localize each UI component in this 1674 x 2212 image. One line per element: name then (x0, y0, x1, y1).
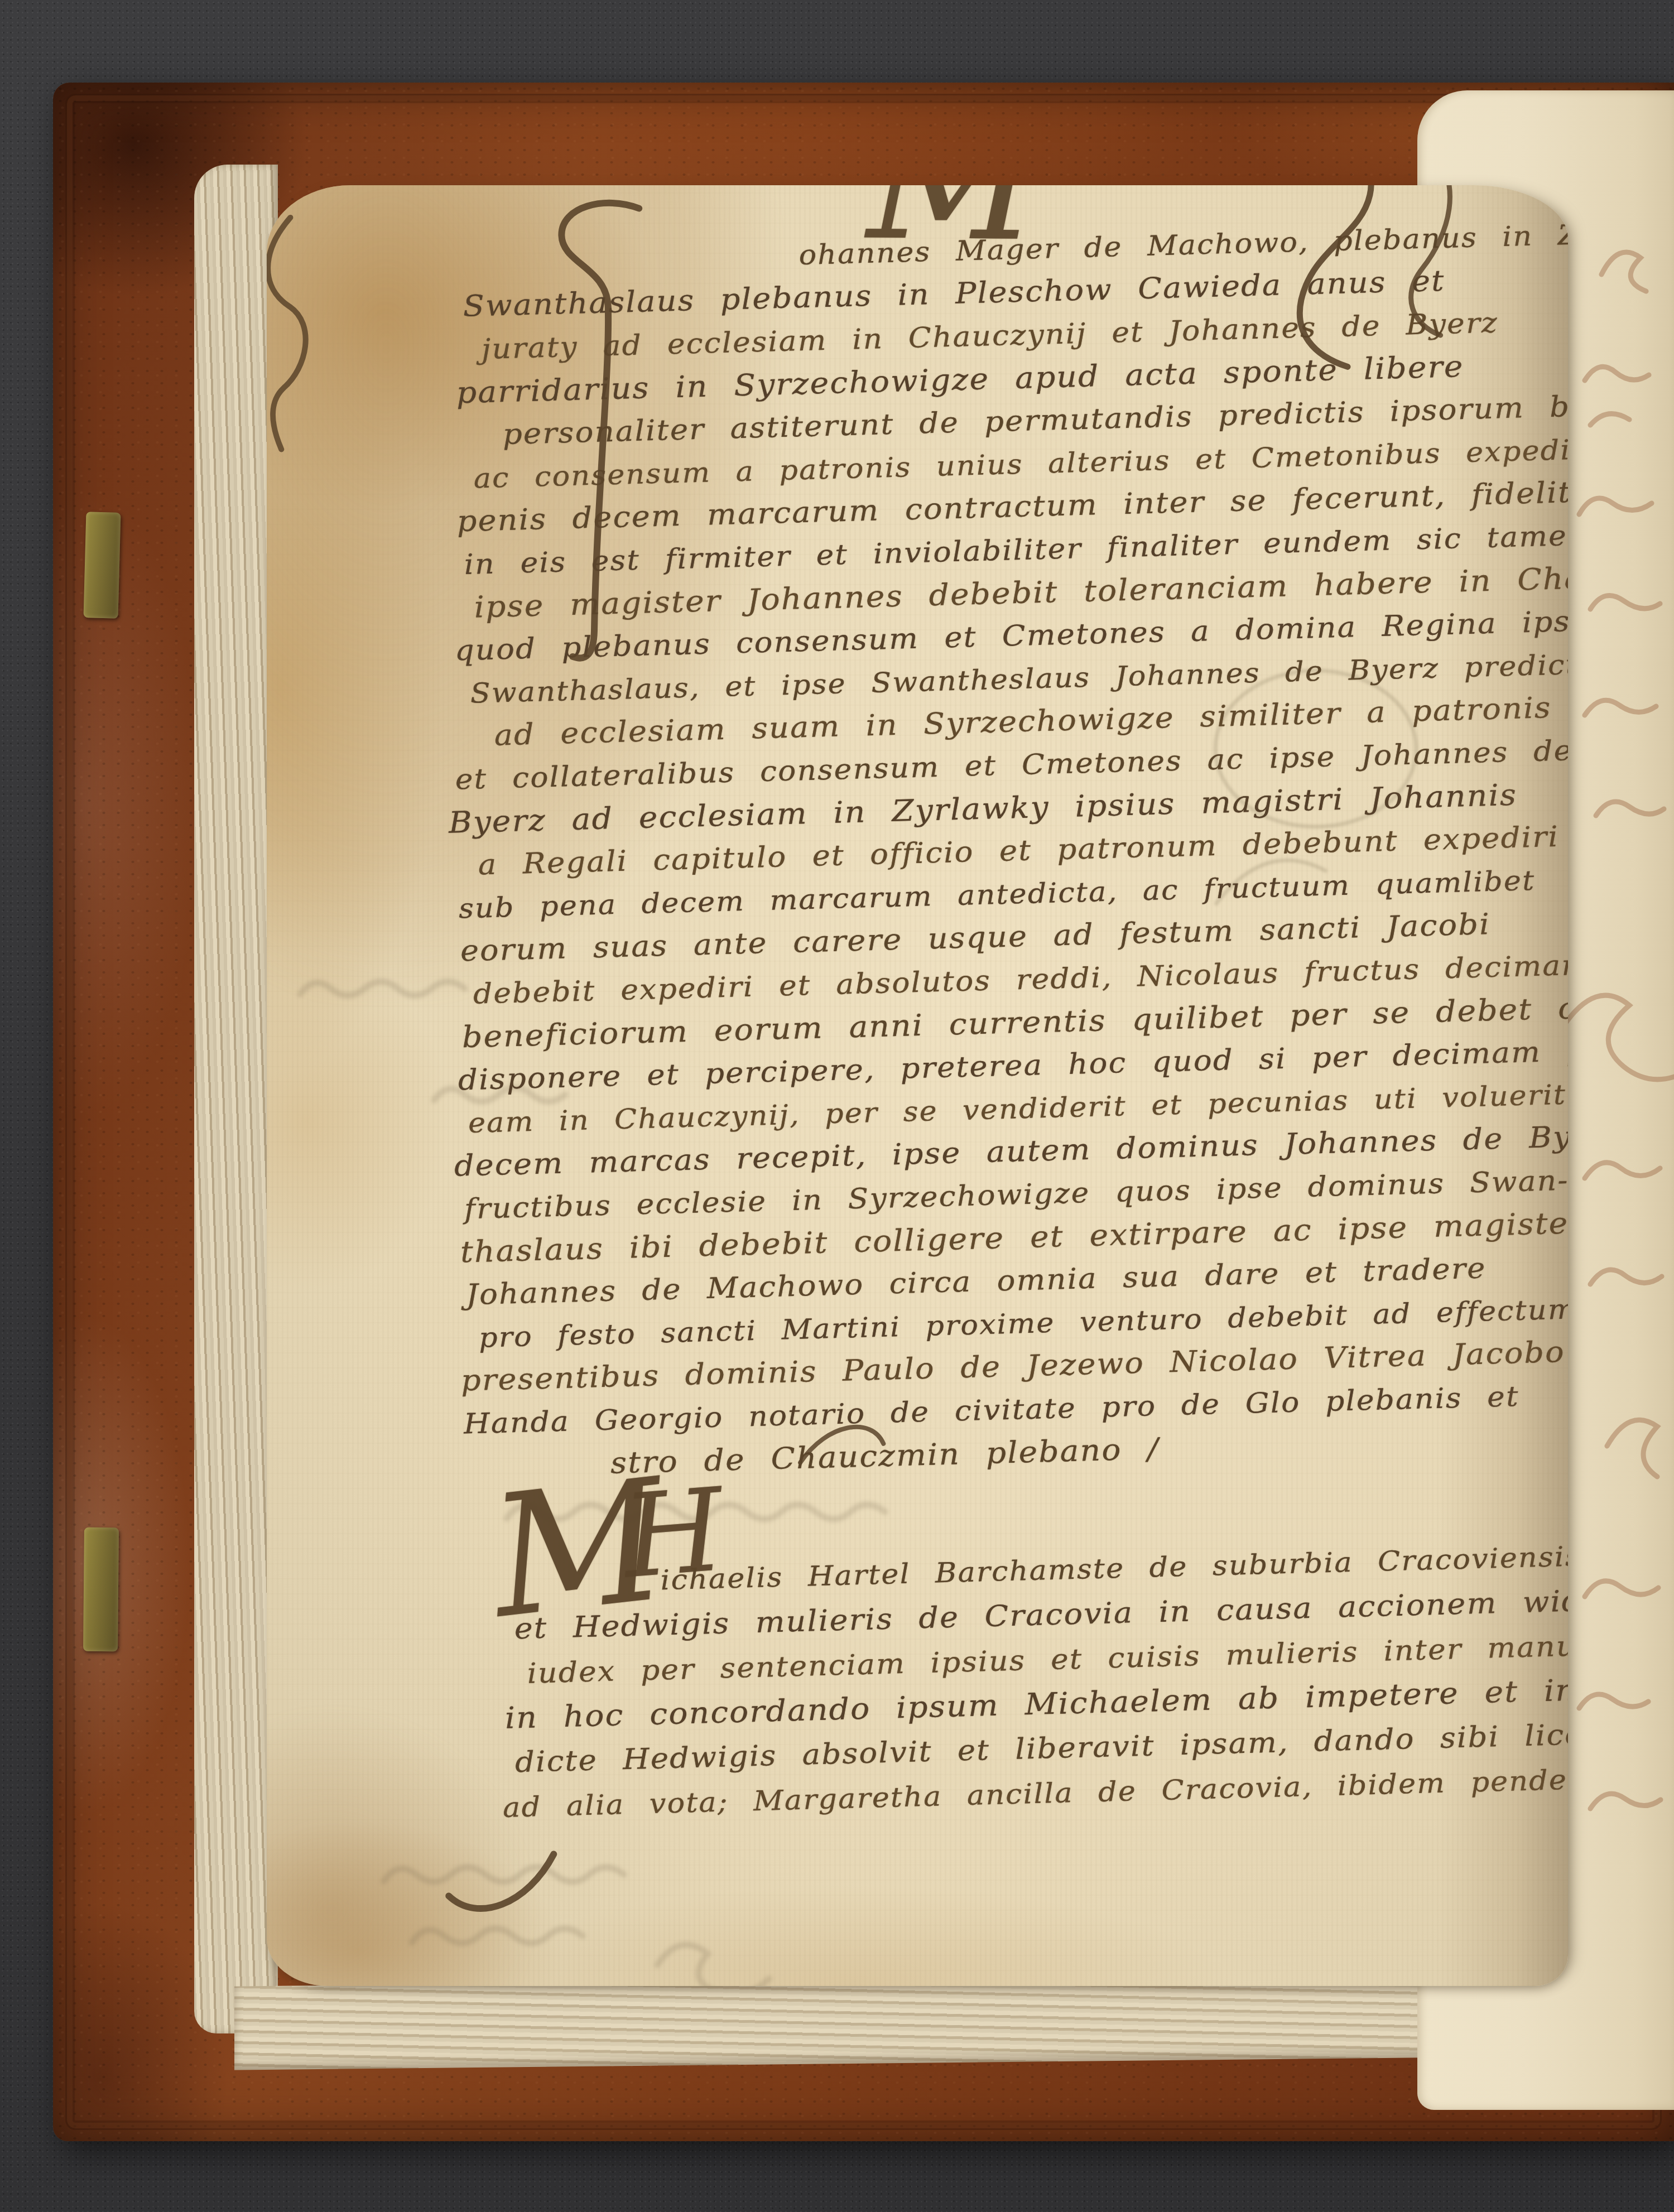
brass-clasp-fitting-top (84, 512, 121, 619)
manuscript-page: M M H ohannes Mager de Machowo, plebanus… (267, 185, 1568, 1986)
brass-clasp-fitting-bottom (83, 1527, 119, 1652)
gutter-shadow (267, 185, 1568, 1986)
page-block-edges-left (194, 165, 278, 2033)
photo-background-cloth: M M H ohannes Mager de Machowo, plebanus… (0, 0, 1674, 2212)
page-block-edges-bottom (234, 1972, 1574, 2070)
